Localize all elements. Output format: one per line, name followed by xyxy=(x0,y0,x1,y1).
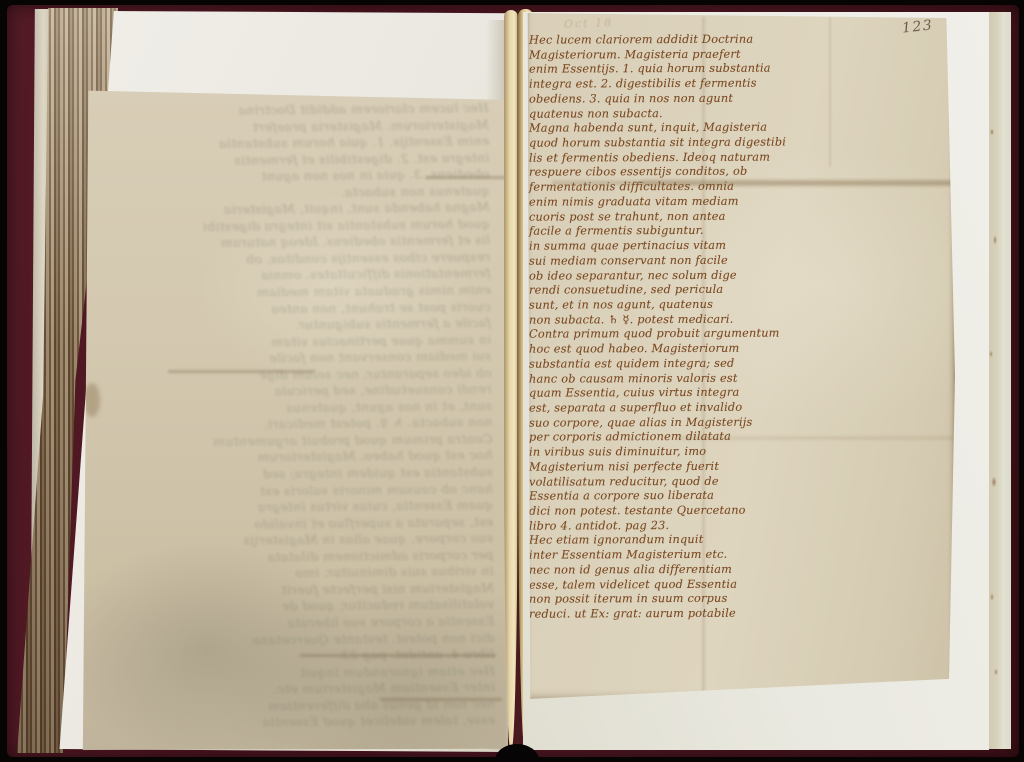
manuscript-line: Essentia a corpore suo liberata xyxy=(529,489,829,505)
left-leaf-showthrough: Hec lucem clariorem addidit DoctrinaMagi… xyxy=(95,100,496,736)
folio-number: 123 xyxy=(901,17,934,36)
manuscript-line: sunt, et in nos agunt, quatenus xyxy=(529,297,829,313)
showthrough-streak xyxy=(425,176,507,179)
manuscript-line: non possit iterum in suum corpus xyxy=(529,592,829,608)
manuscript-line: est, separata a superfluo et invalido xyxy=(529,400,829,416)
manuscript-line: rendi consuetudine, sed pericula xyxy=(529,283,829,299)
manuscript-line: volatilisatum reducitur, quod de xyxy=(529,474,829,490)
manuscript-line: integra est. 2. digestibilis et fermenti… xyxy=(529,77,829,93)
manuscript-line: enim Essentijs. 1. quia horum substantia xyxy=(529,62,829,78)
manuscript-line: in viribus suis diminuitur, imo xyxy=(529,444,829,460)
manuscript-text: Hec lucem clariorem addidit DoctrinaMagi… xyxy=(529,33,829,622)
fold-crease-vertical-2 xyxy=(829,17,831,167)
left-page-leaf: Hec lucem clariorem addidit DoctrinaMagi… xyxy=(82,88,506,750)
manuscript-line: in summa quae pertinacius vitam xyxy=(529,238,829,254)
edge-stain xyxy=(84,383,100,417)
manuscript-line: inter Essentiam Magisterium etc. xyxy=(529,548,829,564)
manuscript-line: Magisterium nisi perfecte fuerit xyxy=(529,459,829,475)
manuscript-line: obediens. 3. quia in nos non agunt xyxy=(529,91,829,107)
manuscript-line: Magna habenda sunt, inquit, Magisteria xyxy=(529,121,829,137)
manuscript-line: nec non id genus alia differentiam xyxy=(529,562,829,578)
manuscript-line: quam Essentia, cuius virtus integra xyxy=(529,386,829,402)
manuscript-line: Hec lucem clariorem addidit Doctrina xyxy=(529,32,829,48)
manuscript-line: ob ideo separantur, nec solum dige xyxy=(529,268,829,284)
manuscript-line: substantia est quidem integra; sed xyxy=(529,356,829,372)
manuscript-line: dici non potest. testante Quercetano xyxy=(529,503,829,519)
photo-stage: Hec lucem clariorem addidit DoctrinaMagi… xyxy=(0,0,1024,762)
manuscript-line: quod horum substantia sit integra digest… xyxy=(529,135,829,151)
fold-crease-vertical-1 xyxy=(702,17,705,693)
manuscript-line: Hec etiam ignorandum inquit xyxy=(529,533,829,549)
manuscript-line: Contra primum quod probuit argumentum xyxy=(529,327,829,343)
fold-crease-horizontal-1b xyxy=(641,178,953,188)
gutter-left-fold xyxy=(504,10,518,748)
manuscript-line: hoc est quod habeo. Magisteriorum xyxy=(529,341,829,357)
manuscript-line: sui mediam conservant non facile xyxy=(529,253,829,269)
fold-crease-horizontal-2 xyxy=(676,435,954,441)
right-page-leaf: Oct 18 123 Hec lucem clariorem addidit D… xyxy=(526,9,955,701)
pencil-date-note: Oct 18 xyxy=(564,16,614,31)
manuscript-line: hanc ob causam minoris valoris est xyxy=(529,371,829,387)
manuscript-line: enim nimis graduata vitam mediam xyxy=(529,194,829,210)
manuscript-line: reduci. ut Ex: grat: aurum potabile xyxy=(529,606,829,622)
manuscript-line: facile a fermentis subiguntur. xyxy=(529,224,829,240)
page-edge-stack-right xyxy=(986,12,1011,749)
showthrough-streak xyxy=(168,370,314,373)
showthrough-streak xyxy=(380,698,502,701)
showthrough-streak xyxy=(300,654,496,657)
